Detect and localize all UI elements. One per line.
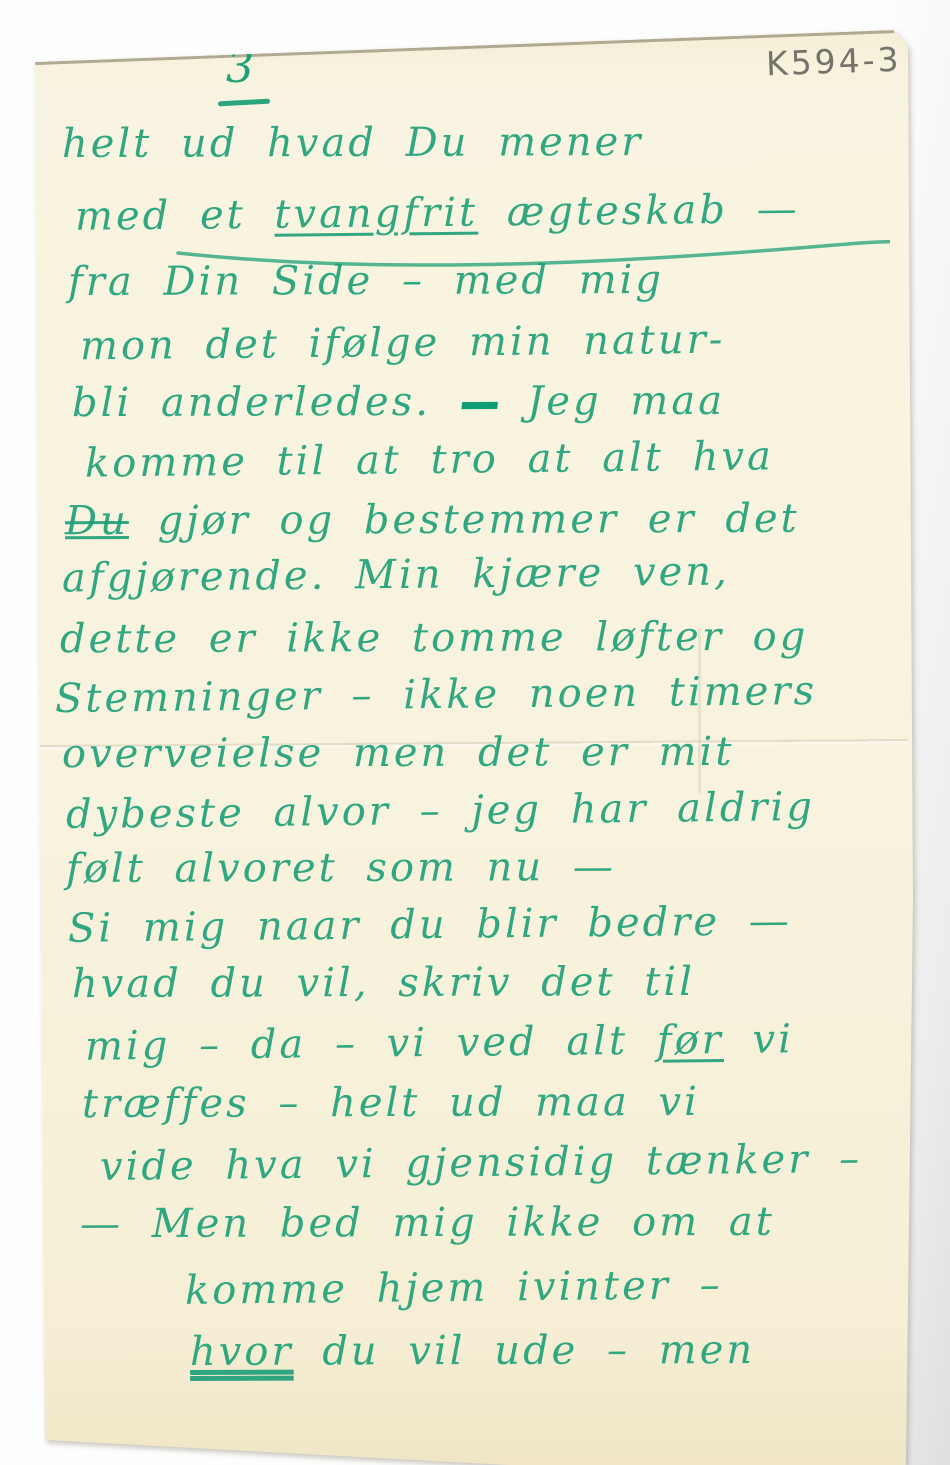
handwriting-text: dette er ikke tomme løfter og (60, 614, 808, 663)
handwriting-text: mig – da – vi ved alt (85, 1018, 657, 1070)
handwriting-text: Jeg maa (499, 378, 726, 425)
handwriting-text: vi (724, 1016, 795, 1063)
handwriting-text: følt alvoret som nu — (66, 844, 616, 892)
handwriting-text: mon det ifølge min natur- (80, 317, 726, 370)
handwriting-line: komme hjem ivinter – (185, 1262, 723, 1314)
handwriting-line: helt ud hvad Du mener (62, 119, 643, 167)
letter-paper: 3 K594-3 helt ud hvad Du mener med et tv… (0, 0, 950, 1465)
handwriting-text: træffes – helt ud maa vi (82, 1079, 700, 1127)
page-number: 3 (226, 42, 254, 93)
handwriting-text-underlined: før (657, 1017, 724, 1064)
handwriting-line: Si mig naar du blir bedre — (68, 898, 792, 952)
handwriting-line: med et tvangfrit ægteskab — (75, 186, 800, 240)
handwriting-line: Du gjør og bestemmer er det (65, 496, 800, 545)
handwriting-text-underlined: tvangfrit (274, 190, 478, 238)
handwriting-text: helt ud hvad Du mener (62, 119, 643, 167)
handwriting-text: dybeste alvor – jeg har aldrig (66, 784, 815, 838)
handwriting-text: fra Din Side – med mig (68, 257, 664, 305)
handwriting-text: overveielse men det er mit (62, 729, 735, 777)
handwriting-line: mig – da – vi ved alt før vi (85, 1016, 794, 1069)
page-number-underline (218, 99, 270, 107)
handwriting-text: komme hjem ivinter – (185, 1262, 723, 1314)
handwriting-line: komme til at tro at alt hva (85, 433, 774, 486)
handwriting-line: hvor du vil ude – men (190, 1327, 755, 1375)
handwriting-line: fra Din Side – med mig (68, 257, 664, 305)
handwriting-line: hvad du vil, skriv det til (72, 959, 695, 1007)
handwriting-line: afgjørende. Min kjære ven, (62, 549, 730, 602)
handwriting-text-struck: Du (65, 498, 129, 544)
handwriting-line: dybeste alvor – jeg har aldrig (66, 784, 815, 838)
handwriting-line: dette er ikke tomme løfter og (60, 614, 808, 663)
thick-dash-stroke: — (460, 366, 499, 437)
handwriting-line: følt alvoret som nu — (66, 844, 616, 892)
handwriting-line: mon det ifølge min natur- (80, 317, 726, 370)
handwriting-line: vide hva vi gjensidig tænker – (100, 1136, 863, 1190)
handwriting-line: bli anderledes. — Jeg maa (72, 377, 725, 426)
handwriting-text: afgjørende. Min kjære ven, (62, 549, 730, 602)
handwriting-text: — Men bed mig ikke om at (80, 1199, 775, 1247)
handwriting-text: bli anderledes. (72, 379, 460, 426)
handwriting-text: vide hva vi gjensidig tænker – (100, 1136, 863, 1190)
handwriting-text: gjør og bestemmer er det (129, 496, 800, 544)
handwriting-text: du vil ude – men (293, 1327, 755, 1375)
scanned-letter-page: 3 K594-3 helt ud hvad Du mener med et tv… (0, 0, 950, 1465)
handwriting-text: Stemninger – ikke noen timers (55, 668, 817, 722)
handwriting-line: træffes – helt ud maa vi (82, 1079, 700, 1127)
handwriting-text: med et (75, 192, 275, 240)
handwriting-line: — Men bed mig ikke om at (80, 1199, 775, 1247)
handwriting-line: Stemninger – ikke noen timers (55, 668, 817, 722)
archive-mark: K594-3 (765, 40, 902, 84)
handwriting-text: ægteskab — (478, 186, 800, 235)
paper-shadow-wrap: 3 K594-3 helt ud hvad Du mener med et tv… (0, 0, 950, 1465)
handwriting-text: komme til at tro at alt hva (85, 433, 774, 486)
handwriting-text: hvad du vil, skriv det til (72, 959, 695, 1007)
handwriting-line: overveielse men det er mit (62, 729, 735, 777)
handwriting-text-double-underlined: hvor (190, 1329, 294, 1375)
handwriting-text: Si mig naar du blir bedre — (68, 898, 792, 952)
